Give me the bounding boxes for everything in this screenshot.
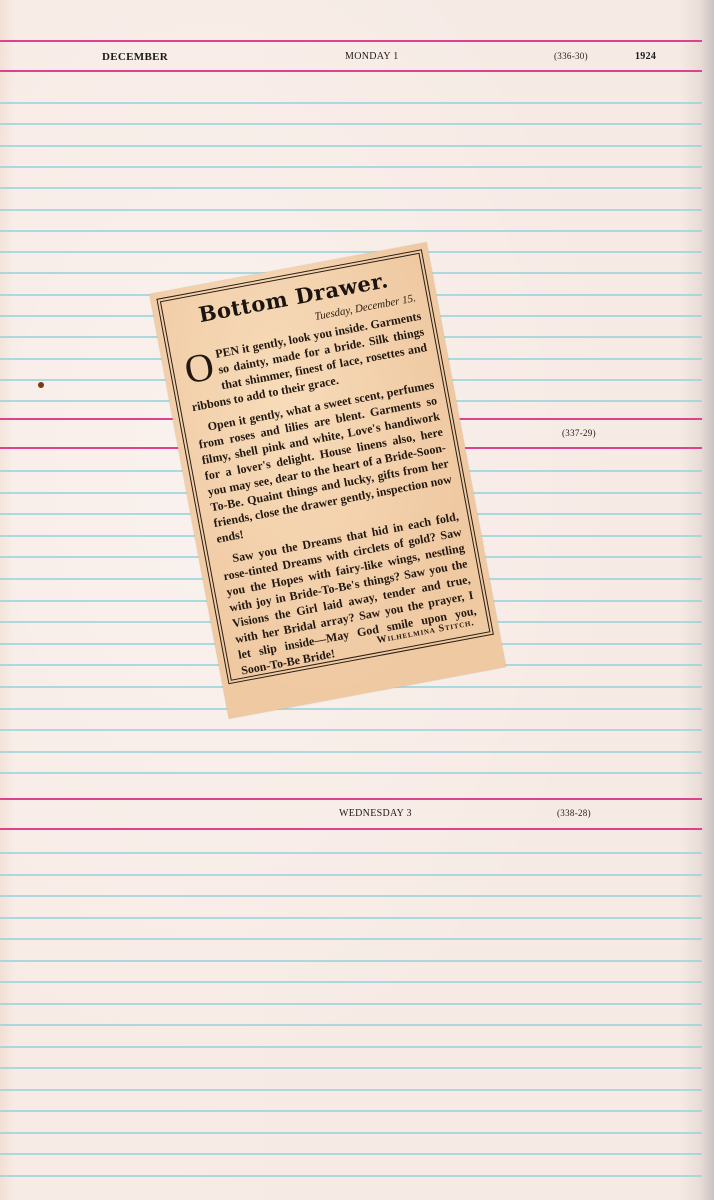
blue-rule-line xyxy=(0,1089,702,1091)
blue-rule-line xyxy=(0,981,702,983)
blue-rule-line xyxy=(0,852,702,854)
day-heading-wednesday: WEDNESDAY 3 xyxy=(339,808,412,819)
drop-cap: O xyxy=(182,349,217,388)
blue-rule-line xyxy=(0,123,702,125)
blue-rule-line xyxy=(0,230,702,232)
day-code-tuesday: (337-29) xyxy=(562,428,596,438)
year-label: 1924 xyxy=(635,51,656,62)
blue-rule-line xyxy=(0,251,702,253)
blue-rule-line xyxy=(0,1110,702,1112)
pink-rule-line xyxy=(0,828,702,830)
blue-rule-line xyxy=(0,1024,702,1026)
blue-rule-line xyxy=(0,895,702,897)
blue-rule-line xyxy=(0,772,702,774)
blue-rule-line xyxy=(0,1153,702,1155)
blue-rule-line xyxy=(0,729,702,731)
blue-rule-line xyxy=(0,1046,702,1048)
blue-rule-line xyxy=(0,1132,702,1134)
pink-rule-line xyxy=(0,70,702,72)
pink-rule-line xyxy=(0,798,702,800)
blue-rule-line xyxy=(0,938,702,940)
blue-rule-line xyxy=(0,874,702,876)
blue-rule-line xyxy=(0,960,702,962)
blue-rule-line xyxy=(0,1067,702,1069)
blue-rule-line xyxy=(0,1175,702,1177)
day-code-monday: (336-30) xyxy=(554,51,588,61)
blue-rule-line xyxy=(0,166,702,168)
blue-rule-line xyxy=(0,209,702,211)
day-code-wednesday: (338-28) xyxy=(557,808,591,818)
blue-rule-line xyxy=(0,187,702,189)
month-label: DECEMBER xyxy=(102,51,168,63)
blue-rule-line xyxy=(0,917,702,919)
pink-rule-line xyxy=(0,40,702,42)
blue-rule-line xyxy=(0,751,702,753)
blue-rule-line xyxy=(0,102,702,104)
blue-rule-line xyxy=(0,708,702,710)
ink-spot xyxy=(38,382,44,388)
blue-rule-line xyxy=(0,1003,702,1005)
day-heading-monday: MONDAY 1 xyxy=(345,51,399,62)
blue-rule-line xyxy=(0,145,702,147)
